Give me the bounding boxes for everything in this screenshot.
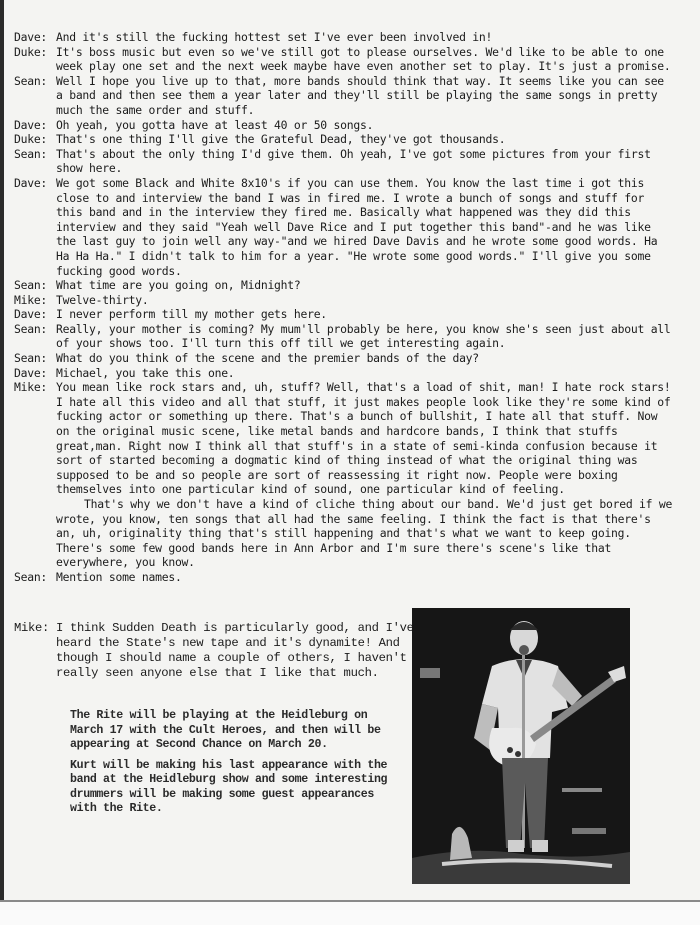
- speech-text: What time are you going on, Midnight?: [56, 278, 674, 293]
- announcement-paragraph: The Rite will be playing at the Heidlebu…: [70, 709, 390, 753]
- transcript-entry: Mike:Twelve-thirty.: [14, 293, 674, 308]
- speech-text: I think Sudden Death is particularly goo…: [56, 621, 414, 681]
- transcript-entry: Mike:You mean like rock stars and, uh, s…: [14, 380, 674, 570]
- speech-text: We got some Black and White 8x10's if yo…: [56, 176, 674, 278]
- speech-paragraph: Oh yeah, you gotta have at least 40 or 5…: [56, 118, 674, 133]
- speech-paragraph: Mention some names.: [56, 570, 674, 585]
- transcript-entry: Sean:That's about the only thing I'd giv…: [14, 147, 674, 176]
- transcript-entry: Dave:And it's still the fucking hottest …: [14, 30, 674, 45]
- transcript-entry: Sean:What do you think of the scene and …: [14, 351, 674, 366]
- speech-paragraph: That's why we don't have a kind of clich…: [56, 497, 674, 570]
- speech-text: And it's still the fucking hottest set I…: [56, 30, 674, 45]
- transcript-entry: Sean:Mention some names.: [14, 570, 674, 585]
- speech-text: Mention some names.: [56, 570, 674, 585]
- speech-paragraph: Well I hope you live up to that, more ba…: [56, 74, 674, 118]
- speech-text: Michael, you take this one.: [56, 366, 674, 381]
- speech-text: That's one thing I'll give the Grateful …: [56, 132, 674, 147]
- speaker-label: Mike:: [14, 380, 56, 570]
- transcript-entry: Sean:Well I hope you live up to that, mo…: [14, 74, 674, 118]
- speaker-label: Dave:: [14, 30, 56, 45]
- speech-paragraph: You mean like rock stars and, uh, stuff?…: [56, 380, 674, 497]
- speaker-label: Mike:: [14, 293, 56, 308]
- speaker-label: Sean:: [14, 351, 56, 366]
- speech-paragraph: It's boss music but even so we've still …: [56, 45, 674, 74]
- transcript-entry: Dave:We got some Black and White 8x10's …: [14, 176, 674, 278]
- speaker-label: Duke:: [14, 132, 56, 147]
- speech-paragraph: What do you think of the scene and the p…: [56, 351, 674, 366]
- speech-paragraph: That's one thing I'll give the Grateful …: [56, 132, 674, 147]
- speech-paragraph: Really, your mother is coming? My mum'll…: [56, 322, 674, 351]
- speech-paragraph: What time are you going on, Midnight?: [56, 278, 674, 293]
- speaker-label: Sean:: [14, 278, 56, 293]
- guitarist-photo-image: [412, 608, 630, 884]
- speech-text: Well I hope you live up to that, more ba…: [56, 74, 674, 118]
- speech-text: I never perform till my mother gets here…: [56, 307, 674, 322]
- speech-text: Twelve-thirty.: [56, 293, 674, 308]
- speaker-label: Sean:: [14, 570, 56, 585]
- speech-text: It's boss music but even so we've still …: [56, 45, 674, 74]
- announcement-paragraph: Kurt will be making his last appearance …: [70, 759, 390, 817]
- transcript-entry: Duke:That's one thing I'll give the Grat…: [14, 132, 674, 147]
- speech-paragraph: We got some Black and White 8x10's if yo…: [56, 176, 674, 278]
- speaker-label: Dave:: [14, 176, 56, 278]
- speaker-label: Dave:: [14, 307, 56, 322]
- transcript-entry: Sean:What time are you going on, Midnigh…: [14, 278, 674, 293]
- speaker-label: Sean:: [14, 74, 56, 118]
- speech-paragraph: And it's still the fucking hottest set I…: [56, 30, 674, 45]
- next-page-strip: [0, 902, 700, 925]
- speech-paragraph: Michael, you take this one.: [56, 366, 674, 381]
- transcript-entry: Dave:Oh yeah, you gotta have at least 40…: [14, 118, 674, 133]
- speech-text: Oh yeah, you gotta have at least 40 or 5…: [56, 118, 674, 133]
- show-announcements: The Rite will be playing at the Heidlebu…: [70, 709, 390, 823]
- speaker-label: Mike:: [14, 621, 56, 681]
- transcript-entry: Sean:Really, your mother is coming? My m…: [14, 322, 674, 351]
- transcript-entry: Dave:I never perform till my mother gets…: [14, 307, 674, 322]
- speech-paragraph: Twelve-thirty.: [56, 293, 674, 308]
- speech-text: That's about the only thing I'd give the…: [56, 147, 674, 176]
- speech-text: Really, your mother is coming? My mum'll…: [56, 322, 674, 351]
- closing-entry: Mike: I think Sudden Death is particular…: [14, 621, 414, 681]
- speaker-label: Duke:: [14, 45, 56, 74]
- band-photo: [412, 608, 630, 884]
- speech-text: What do you think of the scene and the p…: [56, 351, 674, 366]
- speaker-label: Dave:: [14, 366, 56, 381]
- speech-paragraph: That's about the only thing I'd give the…: [56, 147, 674, 176]
- transcript-entry: Dave:Michael, you take this one.: [14, 366, 674, 381]
- speaker-label: Sean:: [14, 322, 56, 351]
- transcript-entry: Duke:It's boss music but even so we've s…: [14, 45, 674, 74]
- speaker-label: Dave:: [14, 118, 56, 133]
- speaker-label: Sean:: [14, 147, 56, 176]
- speech-text: You mean like rock stars and, uh, stuff?…: [56, 380, 674, 570]
- interview-transcript: Dave:And it's still the fucking hottest …: [14, 30, 674, 585]
- scan-left-edge: [0, 0, 4, 925]
- speech-paragraph: I never perform till my mother gets here…: [56, 307, 674, 322]
